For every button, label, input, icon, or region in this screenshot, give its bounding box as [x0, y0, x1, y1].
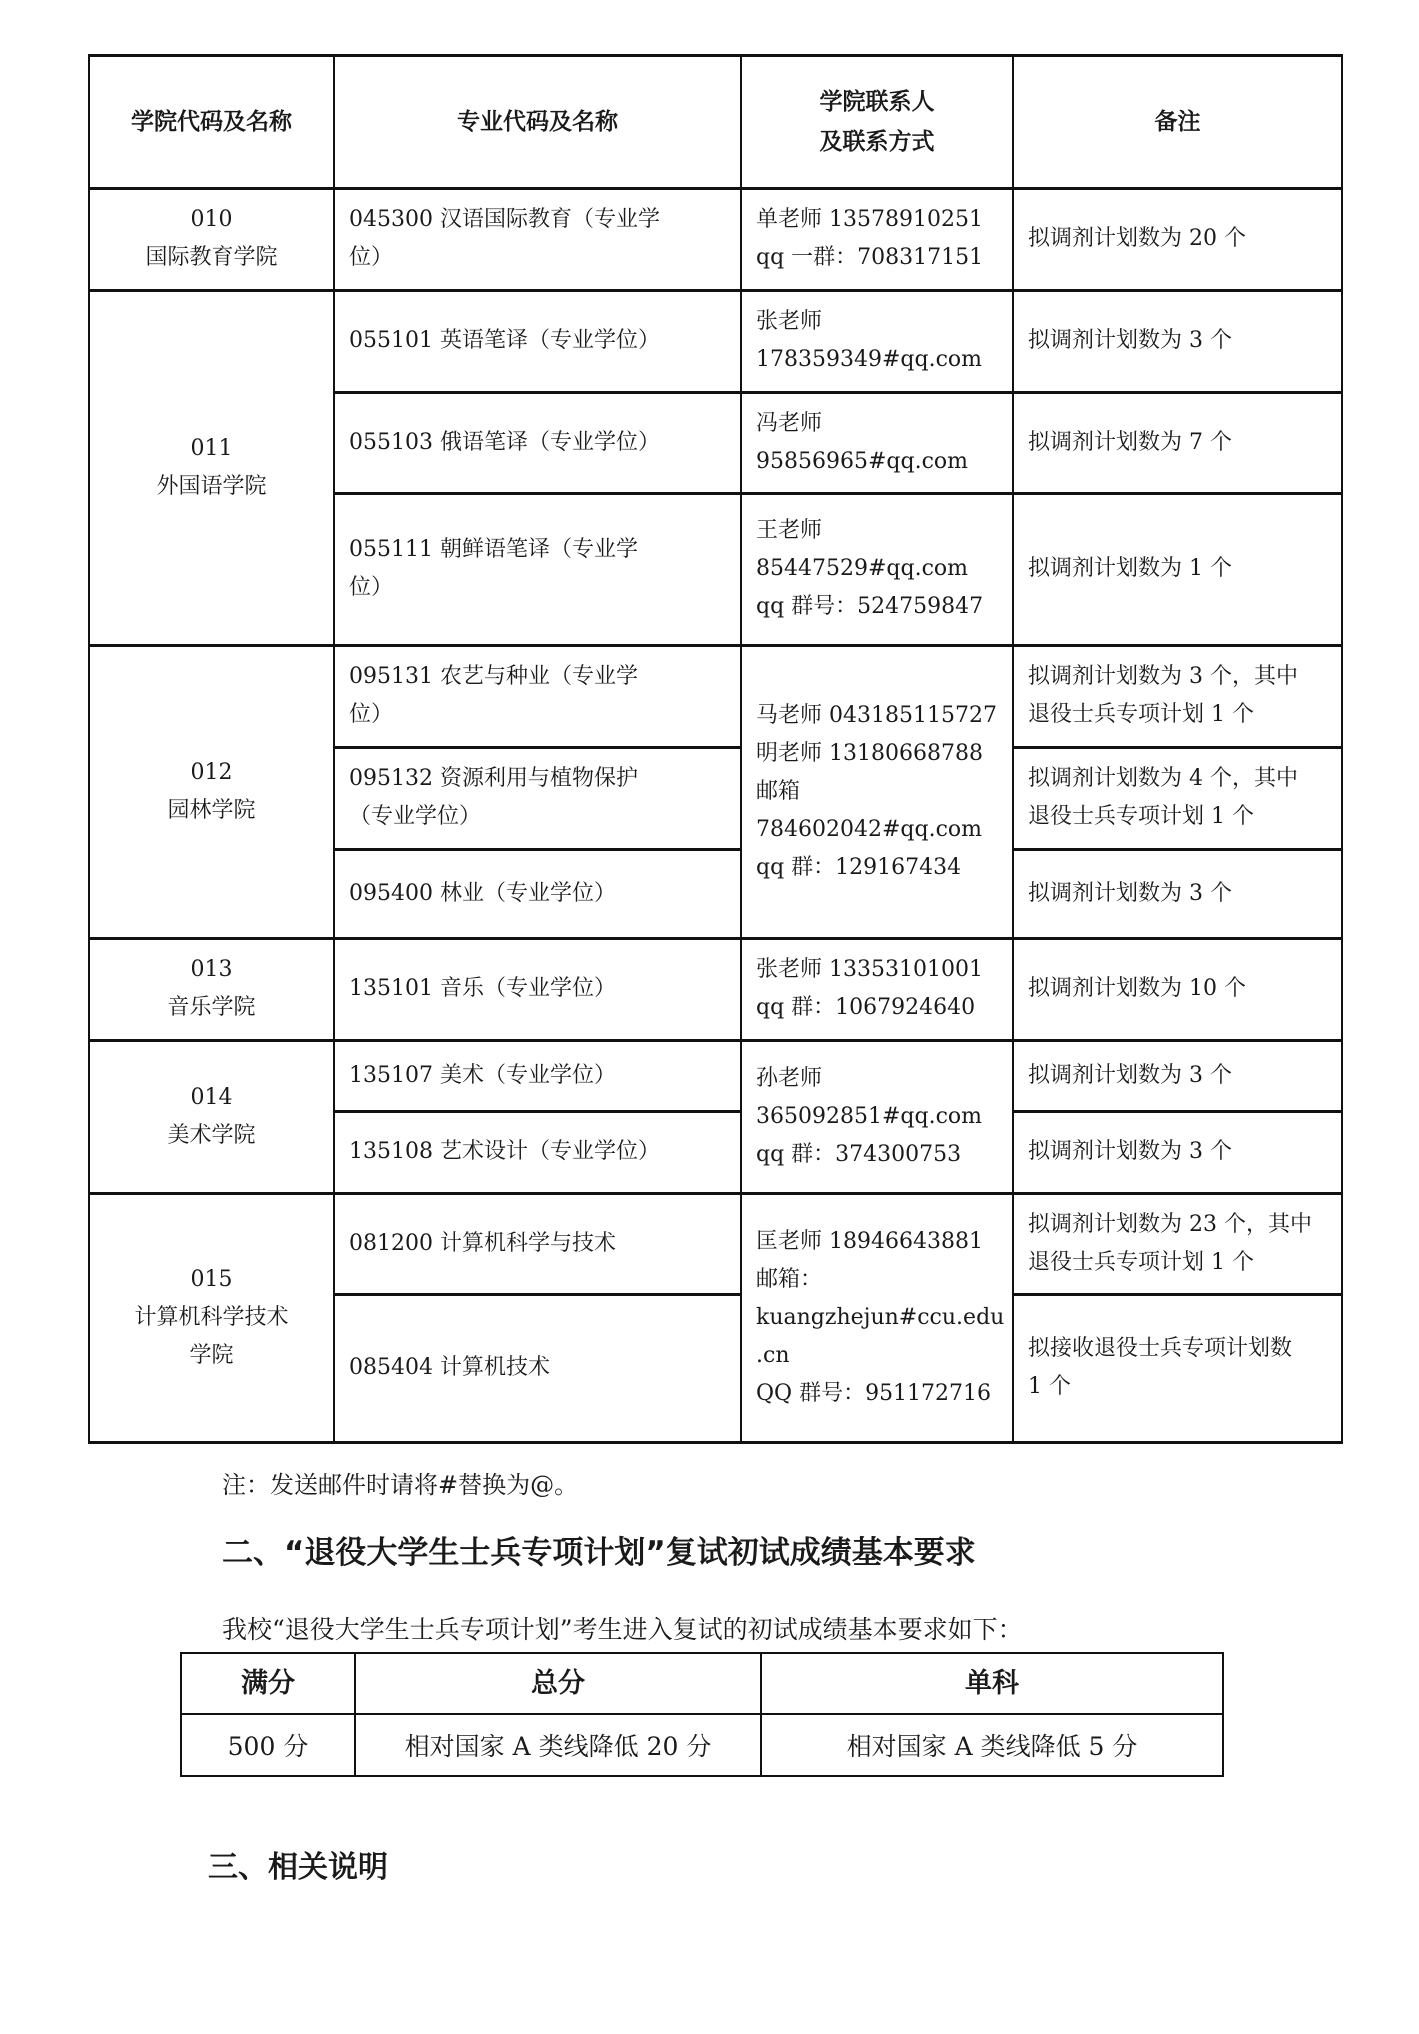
contact-cell-line: 178359349#qq.com	[756, 341, 982, 379]
remark-cell: 拟调剂计划数为 10 个	[1014, 939, 1341, 1039]
major-cell: 081200 计算机科学与技术	[335, 1194, 740, 1293]
major-cell: 045300 汉语国际教育（专业学位）	[335, 189, 740, 289]
header-single-subject: 单科	[762, 1654, 1222, 1713]
college-name: 美术学院	[167, 1117, 255, 1155]
remark-cell-line: 拟调剂计划数为 4 个，其中	[1028, 760, 1298, 798]
major-cell-line: 135108 艺术设计（专业学位）	[349, 1133, 660, 1171]
contact-cell-line: 孙老师	[756, 1060, 822, 1098]
remark-cell-line: 退役士兵专项计划 1 个	[1028, 1244, 1254, 1282]
header-contact-text: 及联系方式	[820, 122, 935, 162]
remark-cell-line: 拟调剂计划数为 23 个，其中	[1028, 1206, 1312, 1244]
contact-cell-line: 匡老师 18946643881	[756, 1223, 983, 1261]
major-cell: 055101 英语笔译（专业学位）	[335, 291, 740, 391]
college-cell: 010国际教育学院	[90, 189, 333, 289]
major-cell: 055111 朝鲜语笔译（专业学位）	[335, 494, 740, 644]
table-rule	[333, 848, 742, 851]
table-rule	[333, 1293, 742, 1296]
college-name: 学院	[189, 1337, 233, 1375]
contact-cell-line: 784602042#qq.com	[756, 811, 982, 849]
remark-cell-line: 拟调剂计划数为 10 个	[1028, 970, 1246, 1008]
contact-cell: 马老师 043185115727明老师 13180668788邮箱7846020…	[742, 646, 1012, 937]
contact-cell-line: 王老师	[756, 512, 822, 550]
contact-cell-line: 单老师 13578910251	[756, 201, 983, 239]
contact-cell-line: qq 群：1067924640	[756, 989, 975, 1027]
contact-cell: 孙老师365092851#qq.comqq 群：374300753	[742, 1041, 1012, 1192]
contact-cell-line: 邮箱	[756, 773, 800, 811]
contact-cell-line: qq 群号：524759847	[756, 588, 983, 626]
major-cell: 095400 林业（专业学位）	[335, 850, 740, 937]
contact-cell-line: qq 群：129167434	[756, 849, 961, 887]
major-cell-line: （专业学位）	[349, 798, 481, 836]
contact-cell: 张老师 13353101001qq 群：1067924640	[742, 939, 1012, 1039]
college-name: 国际教育学院	[145, 239, 277, 277]
college-cell: 014美术学院	[90, 1041, 333, 1192]
remark-cell: 拟调剂计划数为 1 个	[1014, 494, 1341, 644]
header-college-text: 学院代码及名称	[131, 102, 292, 142]
table-rule	[740, 391, 1014, 394]
remark-cell: 拟调剂计划数为 7 个	[1014, 393, 1341, 492]
major-cell-line: 位）	[349, 696, 393, 734]
remark-cell-line: 拟调剂计划数为 3 个	[1028, 875, 1232, 913]
header-full-score: 满分	[182, 1654, 354, 1713]
major-cell-line: 位）	[349, 569, 393, 607]
table-rule	[1012, 492, 1343, 495]
major-cell: 085404 计算机技术	[335, 1295, 740, 1441]
college-name: 园林学院	[167, 792, 255, 830]
email-note: 注：发送邮件时请将#替换为@。	[222, 1465, 578, 1500]
remark-cell-line: 拟调剂计划数为 3 个	[1028, 1057, 1232, 1095]
remark-cell: 拟调剂计划数为 3 个	[1014, 291, 1341, 391]
college-code: 012	[191, 754, 233, 792]
college-cell: 015计算机科学技术学院	[90, 1194, 333, 1441]
major-cell-line: 095400 林业（专业学位）	[349, 875, 616, 913]
contact-cell-line: 邮箱：	[756, 1261, 822, 1299]
college-code: 015	[191, 1261, 233, 1299]
contact-cell-line: 95856965#qq.com	[756, 443, 968, 481]
remark-cell-line: 1 个	[1028, 1368, 1071, 1406]
table-rule	[88, 1441, 1343, 1444]
contact-cell: 王老师85447529#qq.comqq 群号：524759847	[742, 494, 1012, 644]
remark-cell-line: 退役士兵专项计划 1 个	[1028, 696, 1254, 734]
table-rule	[333, 1110, 742, 1113]
header-college: 学院代码及名称	[90, 57, 333, 187]
major-cell-line: 081200 计算机科学与技术	[349, 1225, 616, 1263]
remark-cell: 拟接收退役士兵专项计划数1 个	[1014, 1295, 1341, 1441]
major-cell-line: 135101 音乐（专业学位）	[349, 970, 616, 1008]
remark-cell-line: 拟调剂计划数为 1 个	[1028, 550, 1232, 588]
remark-cell: 拟调剂计划数为 3 个	[1014, 1041, 1341, 1110]
section3-heading: 三、相关说明	[208, 1842, 388, 1886]
contact-cell-line: 马老师 043185115727	[756, 697, 997, 735]
table-rule	[333, 492, 742, 495]
college-name: 外国语学院	[156, 468, 266, 506]
table-rule	[1012, 391, 1343, 394]
header-total-score: 总分	[356, 1654, 760, 1713]
college-code: 011	[191, 430, 233, 468]
contact-cell-line: kuangzhejun#ccu.edu	[756, 1299, 1004, 1337]
major-cell-line: 位）	[349, 239, 393, 277]
remark-cell-line: 拟调剂计划数为 7 个	[1028, 424, 1232, 462]
contact-cell: 张老师178359349#qq.com	[742, 291, 1012, 391]
contact-cell-line: .cn	[756, 1337, 789, 1375]
major-cell: 135107 美术（专业学位）	[335, 1041, 740, 1110]
remark-cell-line: 拟调剂计划数为 20 个	[1028, 220, 1246, 258]
contact-cell: 冯老师95856965#qq.com	[742, 393, 1012, 492]
section2-heading: 二、“退役大学生士兵专项计划”复试初试成绩基本要求	[222, 1527, 976, 1572]
table-rule	[1012, 1110, 1343, 1113]
major-cell: 135108 艺术设计（专业学位）	[335, 1112, 740, 1192]
college-code: 014	[191, 1079, 233, 1117]
college-name: 计算机科学技术	[134, 1299, 288, 1337]
major-cell-line: 085404 计算机技术	[349, 1349, 550, 1387]
major-cell-line: 055101 英语笔译（专业学位）	[349, 322, 660, 360]
contact-cell-line: 张老师 13353101001	[756, 951, 983, 989]
remark-cell-line: 拟调剂计划数为 3 个	[1028, 322, 1232, 360]
single-subject-value: 相对国家 A 类线降低 5 分	[762, 1715, 1222, 1775]
contact-cell-line: 张老师	[756, 303, 822, 341]
remark-cell: 拟调剂计划数为 3 个，其中退役士兵专项计划 1 个	[1014, 646, 1341, 746]
remark-cell-line: 拟调剂计划数为 3 个，其中	[1028, 658, 1298, 696]
total-score-value: 相对国家 A 类线降低 20 分	[356, 1715, 760, 1775]
major-cell-line: 045300 汉语国际教育（专业学	[349, 201, 660, 239]
table-rule	[1012, 848, 1343, 851]
remark-cell: 拟调剂计划数为 4 个，其中退役士兵专项计划 1 个	[1014, 748, 1341, 848]
contact-cell: 单老师 13578910251qq 一群：708317151	[742, 189, 1012, 289]
table-rule	[333, 746, 742, 749]
contact-cell-line: 85447529#qq.com	[756, 550, 968, 588]
major-cell: 095131 农艺与种业（专业学位）	[335, 646, 740, 746]
full-score-value: 500 分	[182, 1715, 354, 1775]
remark-cell-line: 拟接收退役士兵专项计划数	[1028, 1330, 1292, 1368]
table-rule	[1012, 746, 1343, 749]
college-cell: 011外国语学院	[90, 291, 333, 644]
contact-cell-line: qq 一群：708317151	[756, 239, 983, 277]
header-major-text: 专业代码及名称	[457, 102, 618, 142]
major-cell-line: 055103 俄语笔译（专业学位）	[349, 424, 660, 462]
major-cell-line: 095132 资源利用与植物保护	[349, 760, 638, 798]
remark-cell: 拟调剂计划数为 23 个，其中退役士兵专项计划 1 个	[1014, 1194, 1341, 1293]
remark-cell: 拟调剂计划数为 20 个	[1014, 189, 1341, 289]
college-cell: 012园林学院	[90, 646, 333, 937]
contact-cell-line: 365092851#qq.com	[756, 1098, 982, 1136]
header-remark-text: 备注	[1155, 102, 1201, 142]
major-cell-line: 095131 农艺与种业（专业学	[349, 658, 638, 696]
header-major: 专业代码及名称	[335, 57, 740, 187]
remark-cell: 拟调剂计划数为 3 个	[1014, 1112, 1341, 1192]
remark-cell-line: 退役士兵专项计划 1 个	[1028, 798, 1254, 836]
remark-cell: 拟调剂计划数为 3 个	[1014, 850, 1341, 937]
college-code: 013	[191, 951, 233, 989]
contact-cell-line: QQ 群号：951172716	[756, 1375, 991, 1413]
major-cell: 135101 音乐（专业学位）	[335, 939, 740, 1039]
section2-intro: 我校“退役大学生士兵专项计划”考生进入复试的初试成绩基本要求如下：	[222, 1610, 1023, 1646]
major-cell-line: 055111 朝鲜语笔译（专业学	[349, 531, 638, 569]
college-code: 010	[191, 201, 233, 239]
major-cell-line: 135107 美术（专业学位）	[349, 1057, 616, 1095]
table-rule	[1012, 1293, 1343, 1296]
header-contact-text: 学院联系人	[820, 82, 935, 122]
table-rule	[740, 492, 1014, 495]
table-rule	[333, 391, 742, 394]
college-cell: 013音乐学院	[90, 939, 333, 1039]
remark-cell-line: 拟调剂计划数为 3 个	[1028, 1133, 1232, 1171]
contact-cell-line: 明老师 13180668788	[756, 735, 983, 773]
major-cell: 055103 俄语笔译（专业学位）	[335, 393, 740, 492]
major-cell: 095132 资源利用与植物保护（专业学位）	[335, 748, 740, 848]
contact-cell: 匡老师 18946643881邮箱：kuangzhejun#ccu.edu.cn…	[742, 1194, 1012, 1441]
contact-cell-line: 冯老师	[756, 405, 822, 443]
header-remark: 备注	[1014, 57, 1341, 187]
header-contact: 学院联系人及联系方式	[742, 57, 1012, 187]
college-name: 音乐学院	[167, 989, 255, 1027]
contact-cell-line: qq 群：374300753	[756, 1136, 961, 1174]
